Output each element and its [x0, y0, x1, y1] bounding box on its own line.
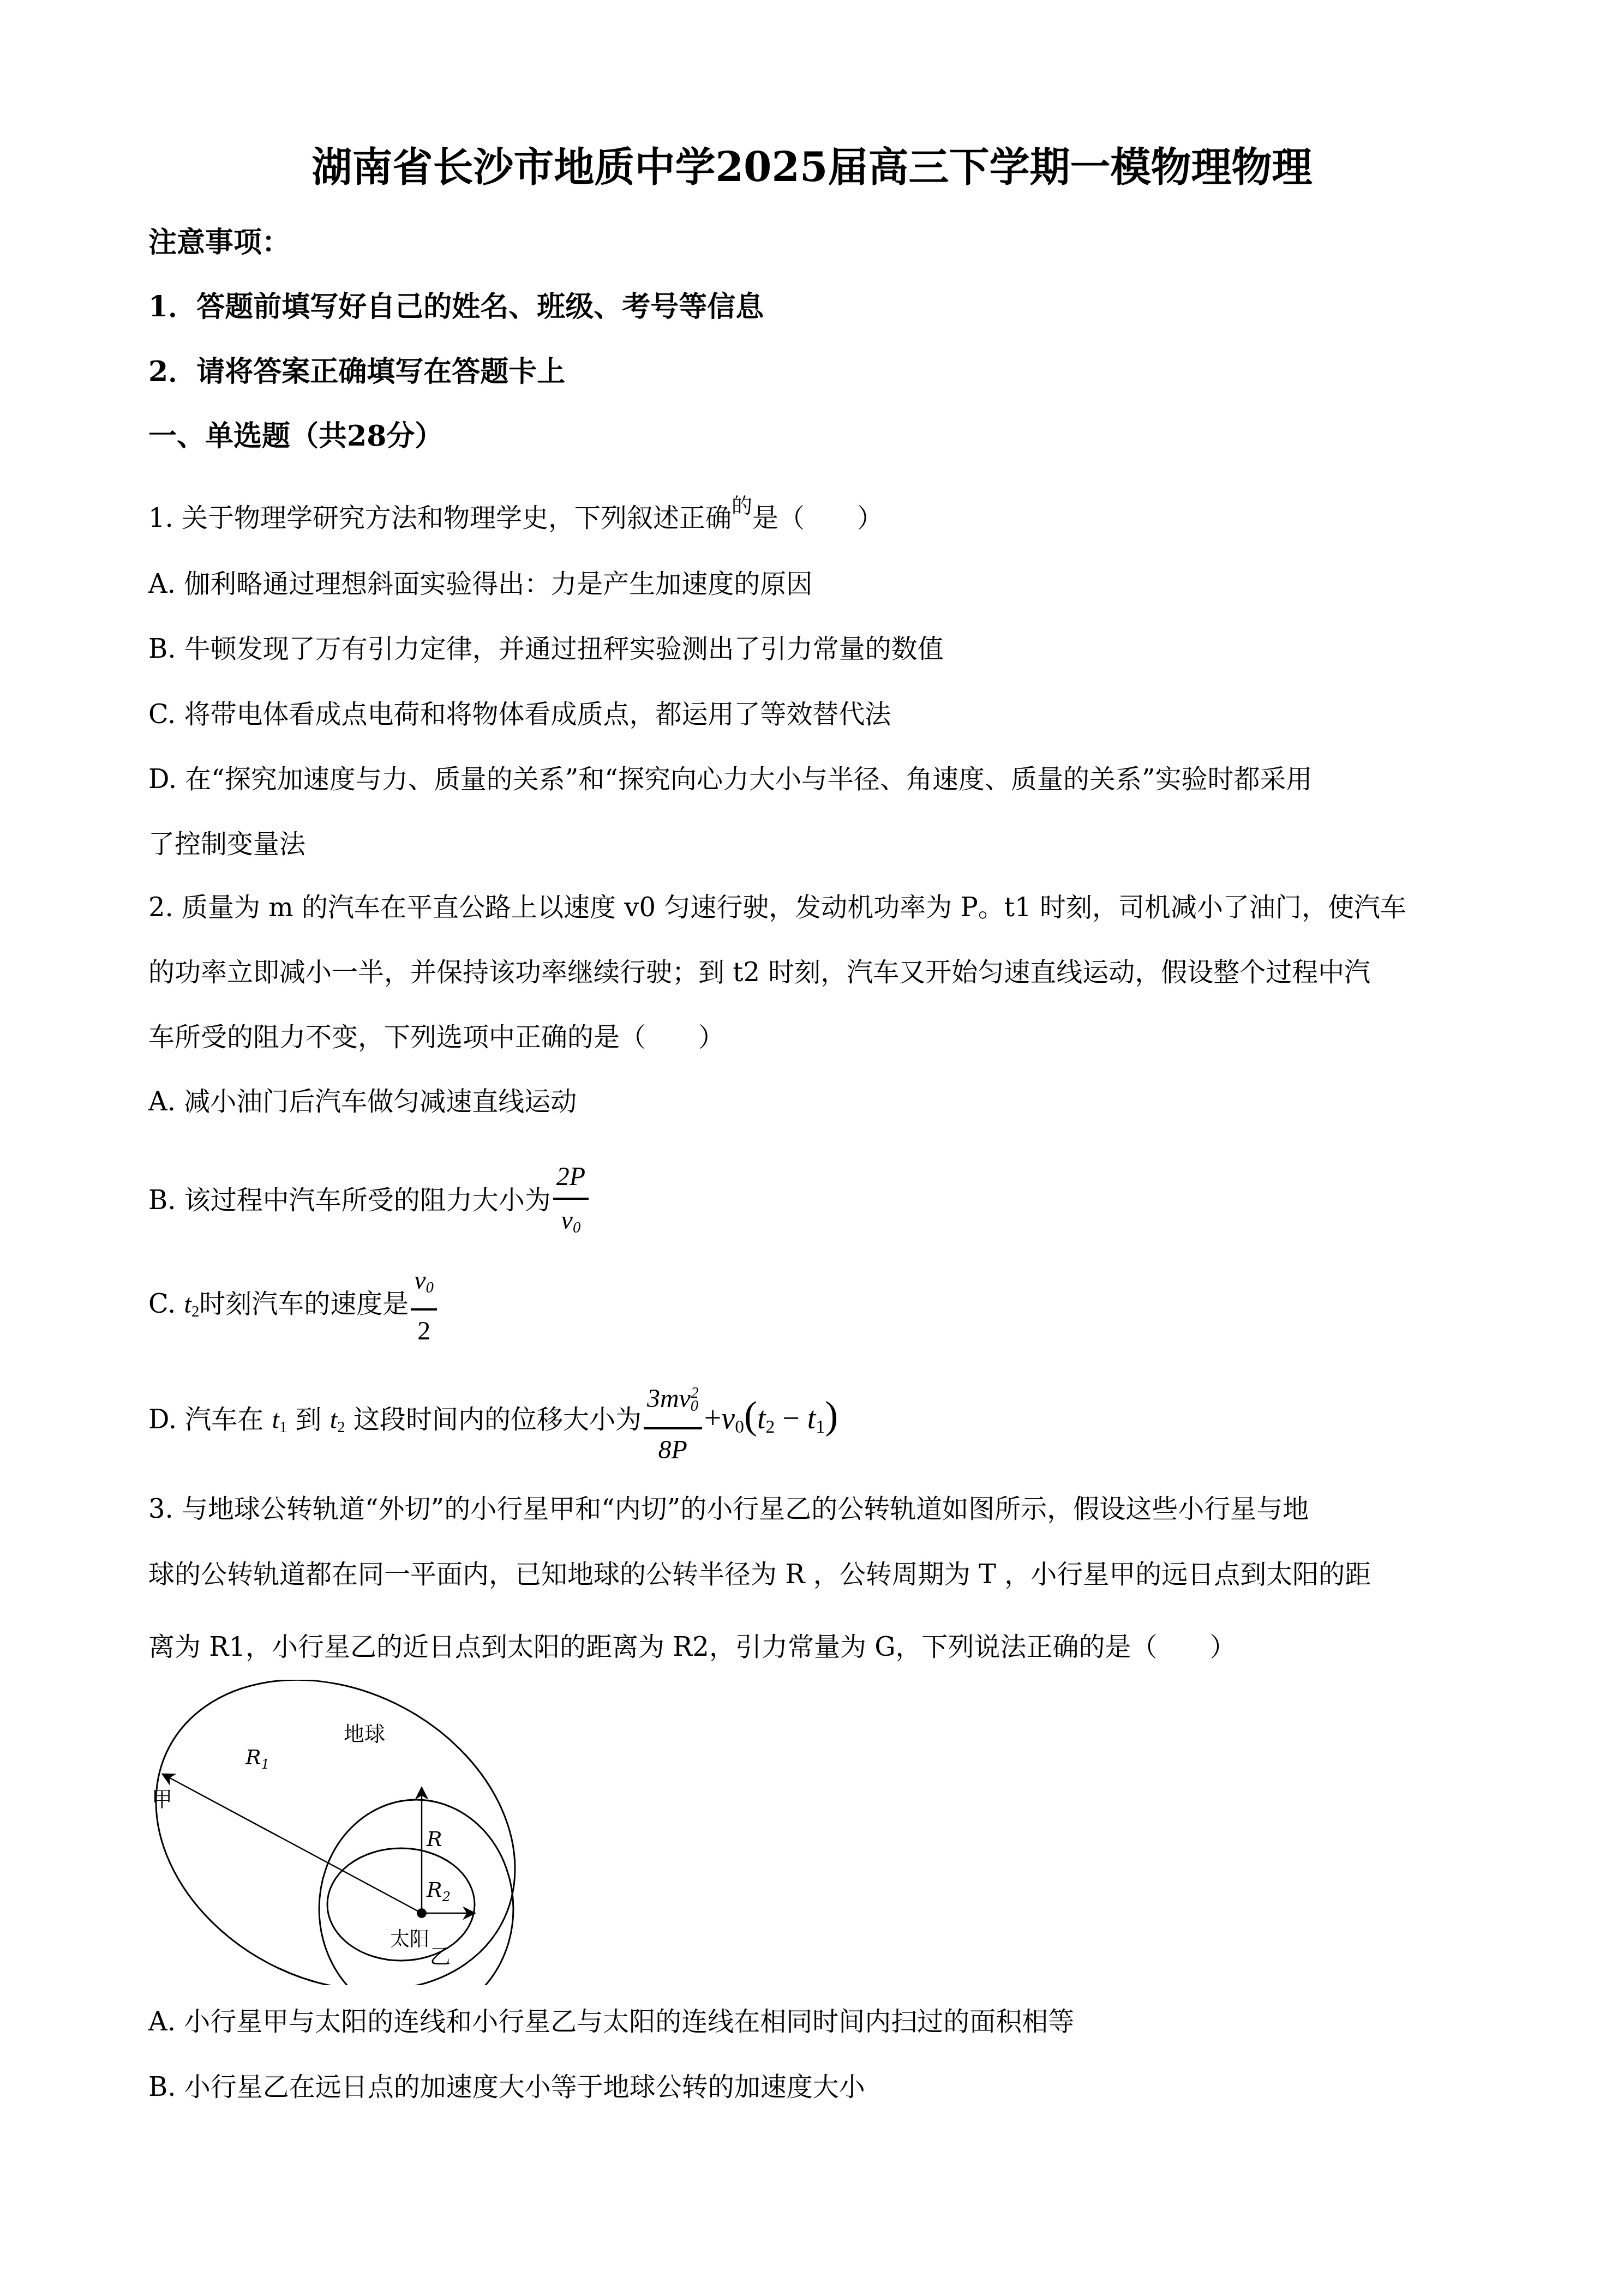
q2-stem-line-1: 2. 质量为 m 的汽车在平直公路上以速度 v0 匀速行驶，发动机功率为 P。t…: [148, 891, 1406, 924]
q1-stem-raised: 的: [732, 494, 752, 518]
q1-option-b: B. 牛顿发现了万有引力定律，并通过扭秤实验测出了引力常量的数值: [148, 633, 944, 665]
q2-option-b: B. 该过程中汽车所受的阻力大小为2Pv0: [148, 1156, 591, 1248]
label-earth: 地球: [344, 1722, 385, 1746]
q1-stem-a: 1. 关于物理学研究方法和物理学史，下列叙述正确: [148, 503, 732, 533]
fraction-3mv0sq-over-8P: 3mv028P: [644, 1372, 702, 1470]
label-R2: R2: [426, 1878, 451, 1904]
q2-option-c: C. t2时刻汽车的速度是v02: [148, 1260, 439, 1355]
q3-stem-line-3: 离为 R1，小行星乙的近日点到太阳的距离为 R2，引力常量为 G，下列说法正确的…: [148, 1631, 1236, 1663]
q1-option-d-cont: 了控制变量法: [148, 828, 305, 861]
q2-option-d: D. 汽车在 t1 到 t2 这段时间内的位移大小为3mv028P+v0(t2 …: [148, 1372, 838, 1471]
q2-option-a: A. 减小油门后汽车做匀减速直线运动: [148, 1085, 577, 1118]
q3-stem-line-1: 3. 与地球公转轨道“外切”的小行星甲和“内切”的小行星乙的公转轨道如图所示，假…: [148, 1493, 1309, 1525]
fraction-2P-over-v0: 2Pv0: [553, 1156, 589, 1248]
page-title: 湖南省长沙市地质中学2025届高三下学期一模物理物理: [0, 143, 1624, 192]
fraction-v0-over-2: v02: [411, 1260, 437, 1352]
q1-option-a: A. 伽利略通过理想斜面实验得出：力是产生加速度的原因: [148, 568, 812, 600]
q1-option-c: C. 将带电体看成点电荷和将物体看成质点，都运用了等效替代法: [148, 698, 891, 731]
q3-stem-line-2: 球的公转轨道都在同一平面内，已知地球的公转半径为 R ，公转周期为 T ，小行星…: [148, 1558, 1371, 1591]
q1-option-d: D. 在“探究加速度与力、质量的关系”和“探究向心力大小与半径、角速度、质量的关…: [148, 763, 1312, 796]
q2-stem-line-3: 车所受的阻力不变，下列选项中正确的是（ ）: [148, 1021, 724, 1054]
question-1-stem: 1. 关于物理学研究方法和物理学史，下列叙述正确的是（ ）: [148, 502, 883, 536]
label-sun: 太阳: [390, 1928, 429, 1951]
orbit-earth: [319, 1800, 513, 1985]
label-R1: R1: [245, 1745, 269, 1772]
notice-item-1: 1．答题前填写好自己的姓名、班级、考号等信息: [148, 291, 764, 323]
section-heading: 一、单选题（共28分）: [148, 420, 443, 453]
q3-option-b: B. 小行星乙在远日点的加速度大小等于地球公转的加速度大小: [148, 2071, 865, 2103]
q3-option-a: A. 小行星甲与太阳的连线和小行星乙与太阳的连线在相同时间内扫过的面积相等: [148, 2005, 1074, 2038]
orbit-diagram: 地球 甲 太阳 乙 R1 R R2: [136, 1680, 573, 1985]
label-yi: 乙: [430, 1944, 451, 1968]
label-R: R: [426, 1827, 442, 1851]
notice-heading: 注意事项：: [148, 226, 290, 259]
q2-option-c-text: 时刻汽车的速度是: [199, 1289, 409, 1319]
q2-stem-line-2: 的功率立即减小一半，并保持该功率继续行驶；到 t2 时刻，汽车又开始匀速直线运动…: [148, 956, 1370, 989]
notice-item-2: 2．请将答案正确填写在答题卡上: [148, 356, 565, 388]
q2-option-b-text: B. 该过程中汽车所受的阻力大小为: [148, 1185, 551, 1216]
q1-stem-b: 是（ ）: [752, 503, 883, 533]
label-jia: 甲: [152, 1787, 172, 1811]
